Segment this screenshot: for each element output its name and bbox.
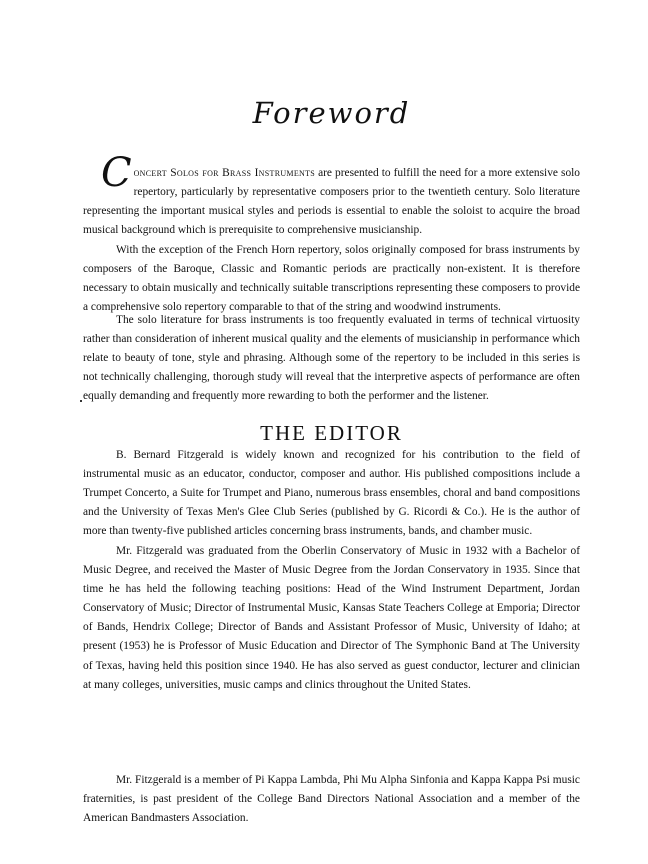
foreword-title: Foreword [83,104,580,123]
drop-cap: C [101,158,132,188]
series-name: oncert Solos for Brass Instruments [134,167,315,179]
editor-paragraph-1: B. Bernard Fitzgerald is widely known an… [83,446,580,541]
editor-paragraph-3: Mr. Fitzgerald is a member of Pi Kappa L… [83,771,580,828]
foreword-paragraph-1: Concert Solos for Brass Instruments are … [83,164,580,240]
editor-heading: THE EDITOR [83,424,580,443]
foreword-paragraph-3: The solo literature for brass instrument… [83,311,580,406]
editor-paragraph-2: Mr. Fitzgerald was graduated from the Ob… [83,542,580,695]
scan-speck [80,400,82,402]
foreword-paragraph-2: With the exception of the French Horn re… [83,241,580,317]
